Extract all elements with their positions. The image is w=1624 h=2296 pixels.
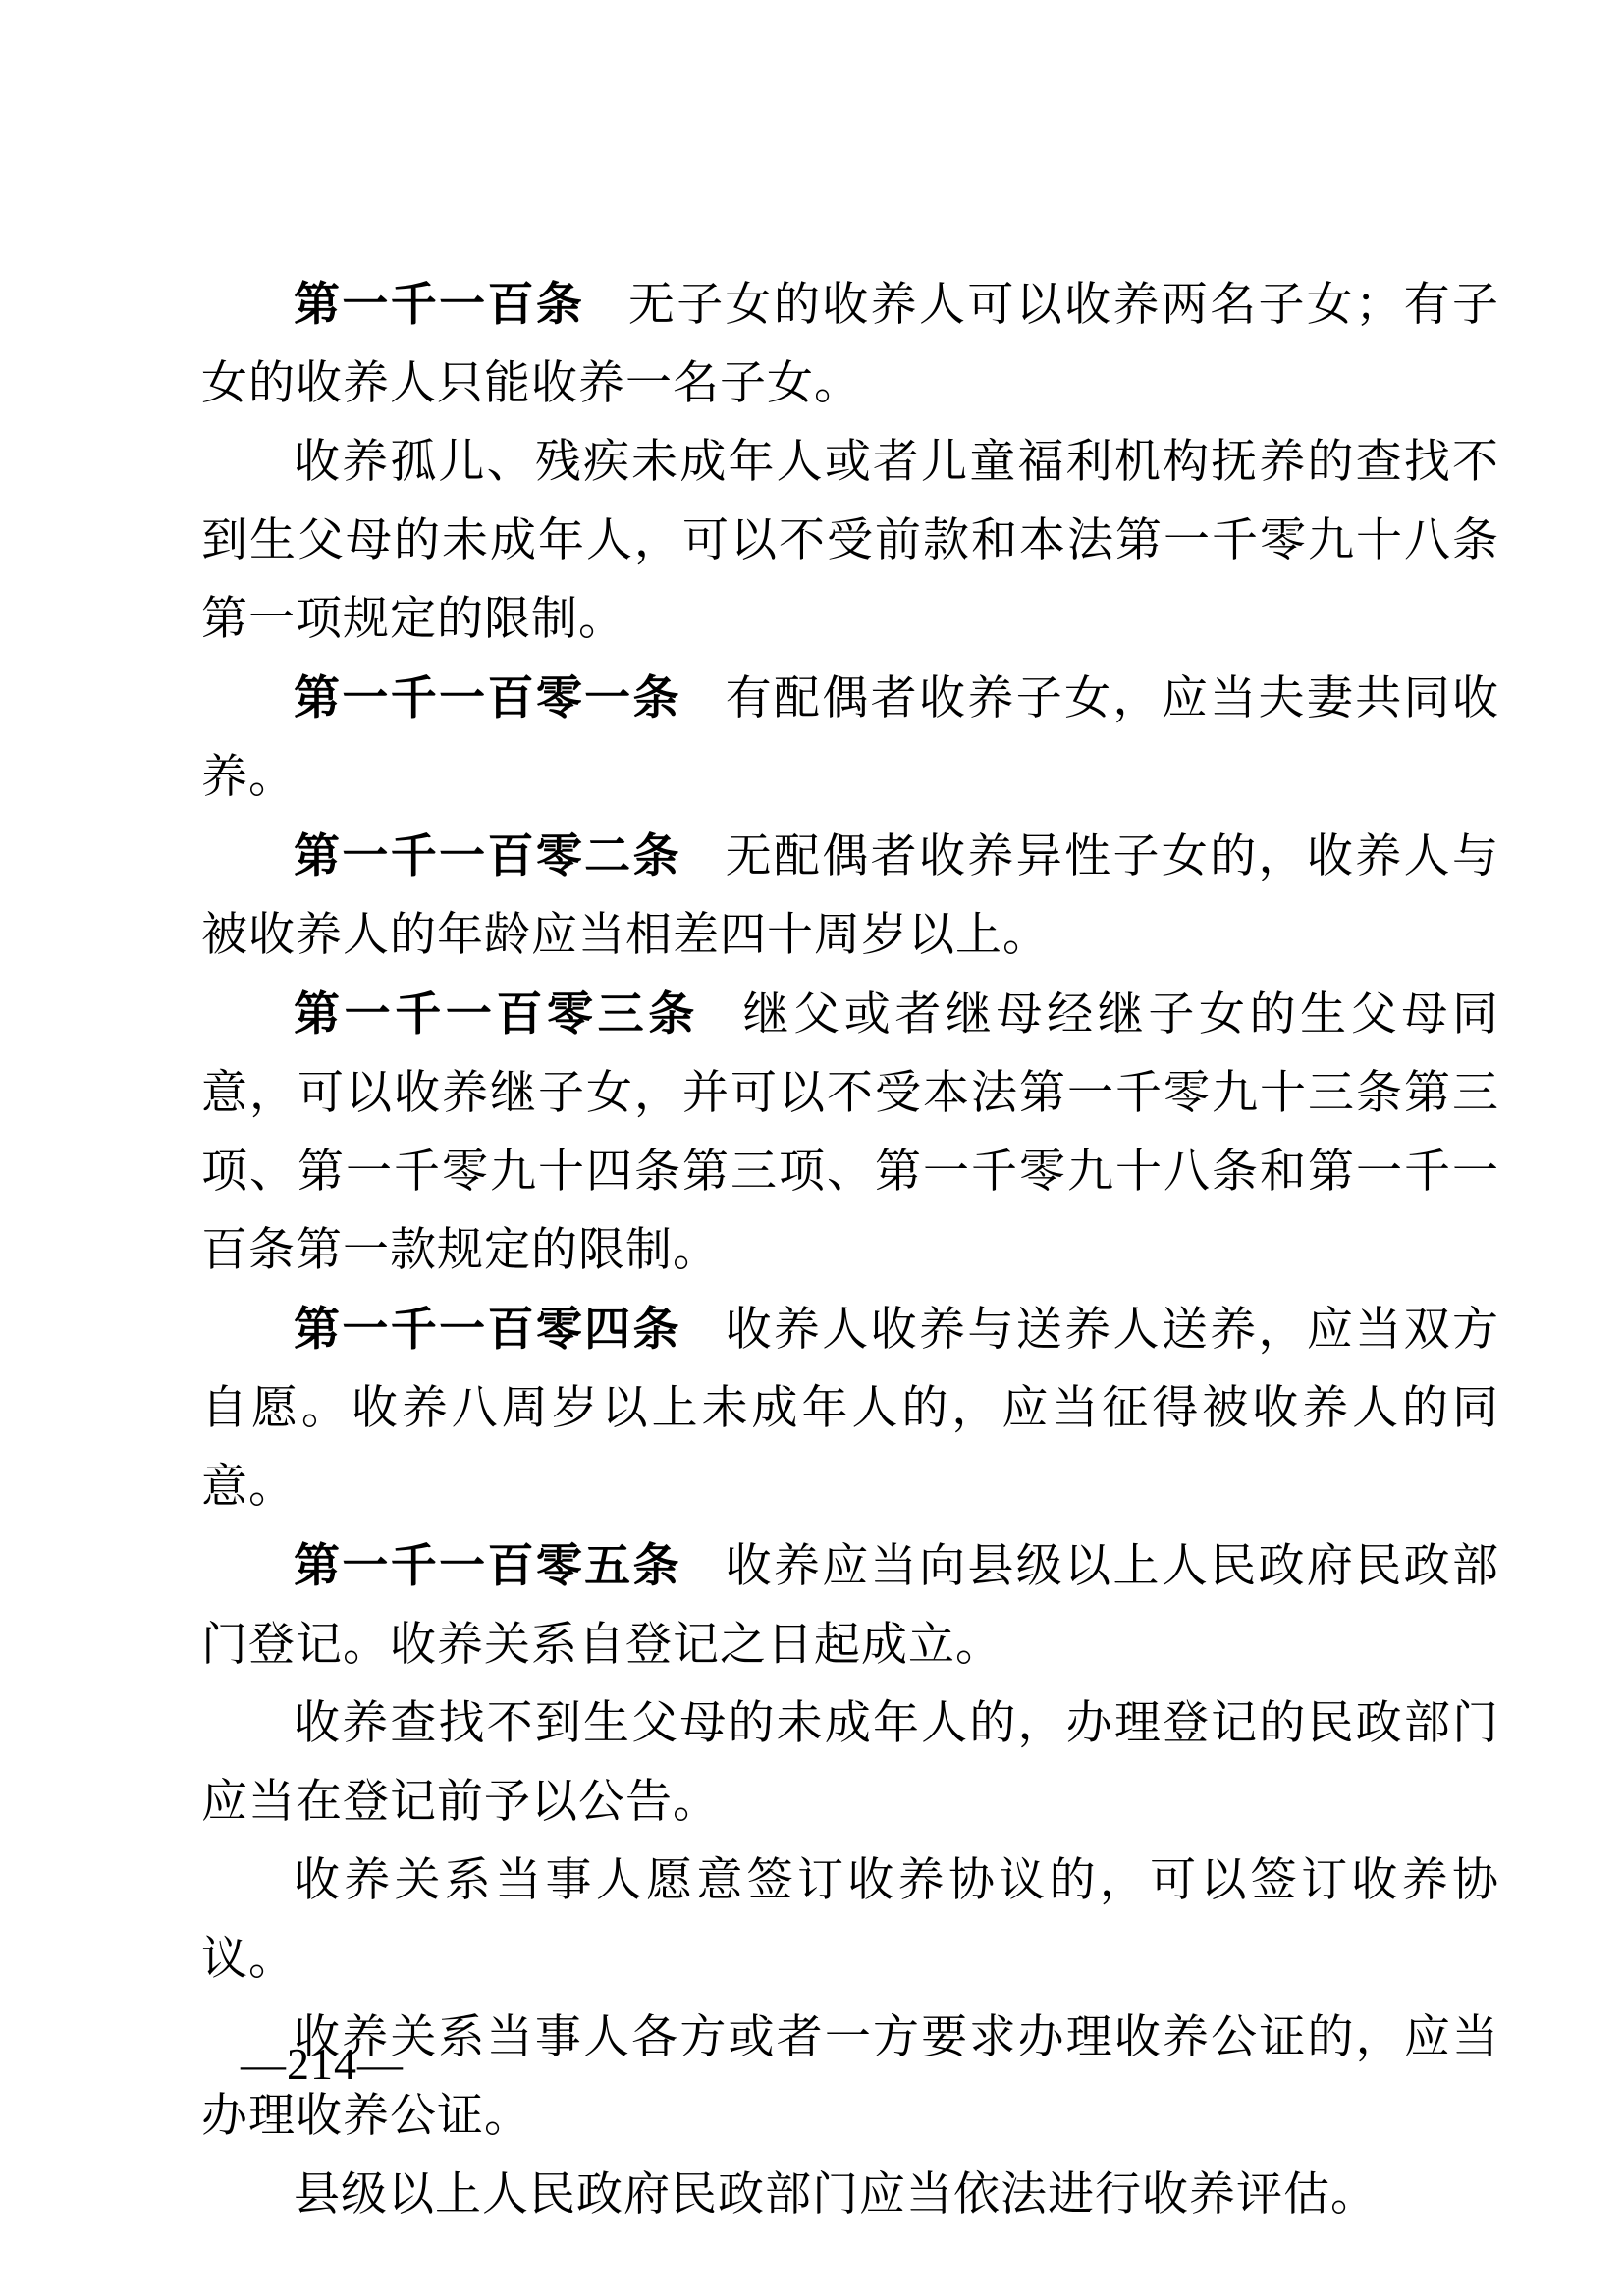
- paragraph: 第一千一百零四条收养人收养与送养人送养，应当双方自愿。收养八周岁以上未成年人的，…: [201, 1290, 1499, 1526]
- paragraph: 第一千一百零一条有配偶者收养子女，应当夫妻共同收养。: [201, 659, 1499, 817]
- article-number: 第一千一百零一条: [294, 671, 681, 723]
- paragraph: 收养关系当事人愿意签订收养协议的，可以签订收养协议。: [201, 1842, 1499, 1999]
- article-number: 第一千一百零二条: [294, 829, 681, 881]
- paragraph: 收养孤儿、残疾未成年人或者儿童福利机构抚养的查找不到生父母的未成年人，可以不受前…: [201, 423, 1499, 659]
- paragraph-text: 收养关系当事人愿意签订收养协议的，可以签订收养协议。: [201, 1855, 1499, 1985]
- paragraph: 第一千一百零五条收养应当向县级以上人民政府民政部门登记。收养关系自登记之日起成立…: [201, 1526, 1499, 1684]
- paragraph-text: 收养查找不到生父母的未成年人的，办理登记的民政部门应当在登记前予以公告。: [201, 1698, 1499, 1828]
- paragraph: 第一千一百条无子女的收养人可以收养两名子女；有子女的收养人只能收养一名子女。: [201, 265, 1499, 423]
- paragraph-text: 县级以上人民政府民政部门应当依法进行收养评估。: [294, 2169, 1378, 2220]
- article-number: 第一千一百零三条: [294, 988, 699, 1040]
- paragraph-text: 收养孤儿、残疾未成年人或者儿童福利机构抚养的查找不到生父母的未成年人，可以不受前…: [201, 437, 1499, 645]
- article-number: 第一千一百零五条: [294, 1539, 681, 1591]
- article-number: 第一千一百零四条: [294, 1303, 681, 1355]
- page-number: —214—: [241, 2040, 404, 2089]
- paragraph: 收养查找不到生父母的未成年人的，办理登记的民政部门应当在登记前予以公告。: [201, 1684, 1499, 1842]
- paragraph: 第一千一百零三条继父或者继母经继子女的生父母同意，可以收养继子女，并可以不受本法…: [201, 975, 1499, 1290]
- paragraph: 县级以上人民政府民政部门应当依法进行收养评估。: [201, 2156, 1499, 2234]
- document-body: 第一千一百条无子女的收养人可以收养两名子女；有子女的收养人只能收养一名子女。 收…: [201, 265, 1499, 2234]
- document-page: 第一千一百条无子女的收养人可以收养两名子女；有子女的收养人只能收养一名子女。 收…: [0, 0, 1624, 2296]
- paragraph: 第一千一百零二条无配偶者收养异性子女的，收养人与被收养人的年龄应当相差四十周岁以…: [201, 817, 1499, 975]
- article-number: 第一千一百条: [294, 278, 584, 330]
